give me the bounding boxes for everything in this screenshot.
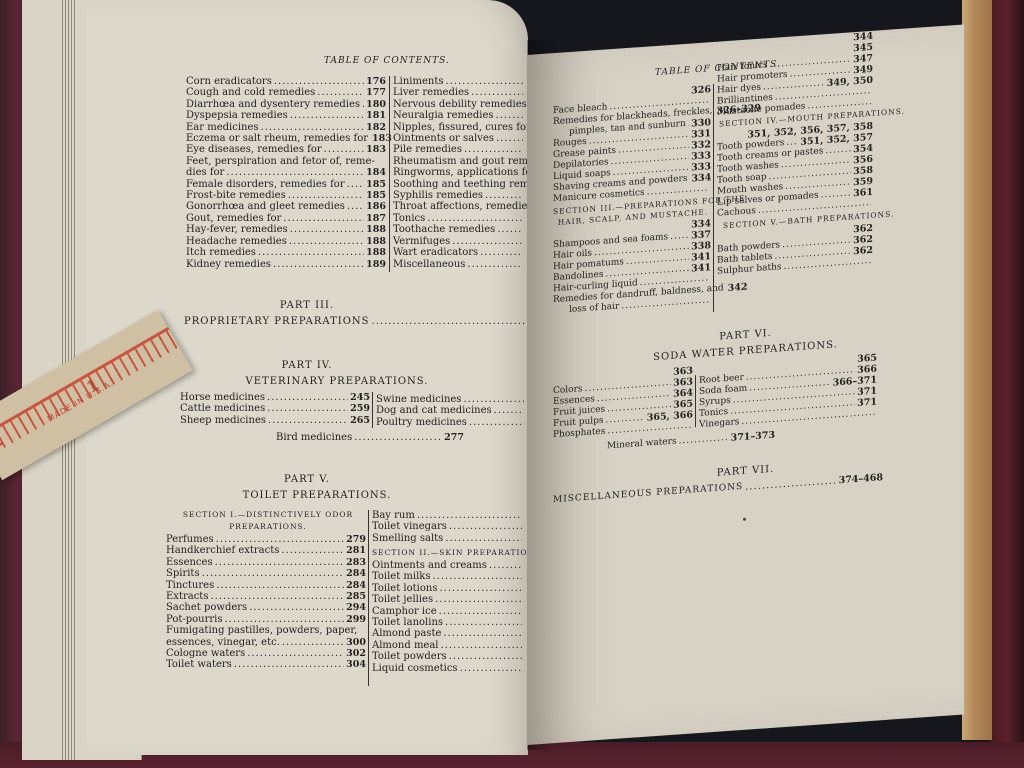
toc-entry[interactable]: Horse medicines245	[180, 392, 370, 403]
toc-entry[interactable]: essences, vinegar, etc.300	[166, 637, 366, 648]
toc-entry[interactable]: Feet, perspiration and fetor of, reme-	[186, 156, 386, 167]
toc-entry-label: Frost-bite remedies	[186, 190, 286, 201]
toc-entry[interactable]: Throat affections, remedies for	[393, 201, 525, 212]
section-ii-label: SECTION II.—SKIN PREPARATIONS.	[372, 548, 528, 557]
toc-entry-label: Toothache remedies	[393, 224, 495, 235]
toc-entry-page: 176	[366, 76, 386, 87]
toc-entry-label: Toilet lanolins	[372, 617, 443, 628]
leader-dots	[480, 247, 523, 258]
toc-column-right-2b: 351, 352, 356, 357, 358Tooth powders351,…	[717, 121, 873, 220]
toc-entry-page: 185	[366, 179, 386, 190]
toc-entry[interactable]: Ringworms, applications for	[393, 167, 525, 178]
toc-entry-label: Ear medicines	[186, 122, 259, 133]
toc-entry-label: Swine medicines	[376, 394, 461, 405]
toc-entry-label: Cachous	[717, 206, 756, 220]
toc-entry-label: Toilet milks	[372, 571, 431, 582]
toc-entry[interactable]: Liquid cosmetics	[372, 663, 524, 674]
toc-entry[interactable]: Handkerchief extracts281	[166, 545, 366, 556]
toc-entry[interactable]: Nipples, fissured, cures for	[393, 122, 525, 133]
toc-entry[interactable]: Bay rum	[372, 510, 524, 521]
toc-entry-label: Bay rum	[372, 510, 415, 521]
part-iv-column-1: Horse medicines245Cattle medicines259She…	[180, 392, 370, 426]
toc-entry-label: Gonorrhœa and gleet remedies	[186, 201, 345, 212]
toc-entry[interactable]: Bird medicines277	[276, 432, 464, 443]
toc-entry-label: Toilet waters	[166, 659, 232, 670]
toc-entry[interactable]: Toilet lotions	[372, 583, 524, 594]
toc-entry-label: Pile remedies	[393, 144, 462, 155]
photo-scene: TABLE OF CONTENTS. Corn eradicators176Co…	[0, 0, 1024, 768]
toc-entry-label: Vermifuges	[393, 236, 450, 247]
toc-entry-label: Essences	[166, 557, 213, 568]
toc-entry-page: 184	[366, 167, 386, 178]
toc-column-left-2: LinimentsLiver remediesNervous debility …	[393, 76, 525, 270]
leader-dots	[283, 213, 364, 224]
toc-entry-label: Liquid cosmetics	[372, 663, 458, 674]
toc-entry-page: 188	[366, 224, 386, 235]
leader-dots	[267, 392, 348, 403]
leader-dots	[786, 137, 798, 149]
toc-entry-page: 284	[346, 568, 366, 579]
toc-column-left-1: Corn eradicators176Cough and cold remedi…	[186, 76, 386, 270]
toc-entry-label: Camphor ice	[372, 606, 437, 617]
toc-entry-label: Fumigating pastilles, powders, paper,	[166, 625, 357, 636]
toc-entry-label: Horse medicines	[180, 392, 265, 403]
leader-dots	[288, 190, 364, 201]
toc-entry-page: 180	[366, 99, 386, 110]
toc-entry[interactable]: Gonorrhœa and gleet remedies186	[186, 201, 386, 212]
leader-dots	[324, 144, 365, 155]
toc-entry-label: Handkerchief extracts	[166, 545, 279, 556]
leader-dots	[225, 614, 345, 625]
toc-entry[interactable]: Swine medicines	[376, 394, 526, 405]
toc-entry[interactable]: Almond meal	[372, 640, 524, 651]
toc-entry-label: Ointments and creams	[372, 560, 487, 571]
gilt-page-edges-right	[962, 0, 992, 740]
toc-entry[interactable]: Wart eradicators	[393, 247, 525, 258]
section-i-label-line2: PREPARATIONS.	[168, 522, 368, 531]
leader-dots	[452, 236, 523, 247]
toc-entry[interactable]: Headache remedies188	[186, 236, 386, 247]
toc-entry-label: Almond meal	[372, 640, 439, 651]
toc-entry-label: Toilet lotions	[372, 583, 437, 594]
part-iv-centered-entry: Bird medicines277	[276, 432, 464, 443]
toc-entry-label: Tonics	[393, 213, 425, 224]
toc-entry-label: Toilet vinegars	[372, 521, 447, 532]
toc-entry-page: 188	[366, 236, 386, 247]
toc-entry-label: Sachet powders	[166, 602, 247, 613]
toc-entry[interactable]: Toilet waters304	[166, 659, 366, 670]
leader-dots	[216, 534, 345, 545]
toc-entry-page: 186	[366, 201, 386, 212]
toc-entry[interactable]: Hay-fever, remedies188	[186, 224, 386, 235]
column-divider	[695, 375, 696, 427]
toc-entry[interactable]: Toilet jellies	[372, 594, 524, 605]
section-i-label-line1: SECTION I.—DISTINCTIVELY ODOR	[168, 510, 368, 519]
toc-entry-page: 294	[346, 602, 366, 613]
running-title-left: TABLE OF CONTENTS.	[324, 56, 450, 66]
toc-entry-page: 281	[346, 545, 366, 556]
toc-entry[interactable]: Pile remedies	[393, 144, 525, 155]
part-v-column-1: Perfumes279Handkerchief extracts281Essen…	[166, 534, 366, 671]
toc-entry-label: Nervous debility remedies	[393, 99, 527, 110]
toc-entry[interactable]: Fumigating pastilles, powders, paper,	[166, 625, 366, 636]
toc-entry-label: Ointments or salves	[393, 133, 494, 144]
leader-dots	[274, 76, 364, 87]
toc-entry[interactable]: Essences283	[166, 557, 366, 568]
toc-entry[interactable]: Liniments	[393, 76, 525, 87]
toc-column-right-1b: 334Shampoos and sea foams337Hair oils338…	[553, 218, 711, 317]
leader-dots	[247, 648, 344, 659]
toc-entry-label: Extracts	[166, 591, 208, 602]
leader-dots	[439, 583, 522, 594]
toc-entry-page: 299	[346, 614, 366, 625]
toc-entry[interactable]: Ointments or salves	[393, 133, 525, 144]
toc-entry[interactable]: Poultry medicines	[376, 417, 526, 428]
toc-entry-label: Spirits	[166, 568, 200, 579]
toc-entry-label: Itch remedies	[186, 247, 256, 258]
toc-entry-label: Feet, perspiration and fetor of, reme-	[186, 156, 375, 167]
toc-entry-label: Dyspepsia remedies	[186, 110, 288, 121]
toc-entry[interactable]: Liver remedies	[393, 87, 525, 98]
leader-dots	[417, 510, 522, 521]
toc-entry-page: 177	[366, 87, 386, 98]
toc-entry[interactable]: Toilet vinegars	[372, 521, 524, 532]
toc-entry[interactable]: Tinctures284	[166, 580, 366, 591]
toc-entry[interactable]: Almond paste	[372, 628, 524, 639]
toc-entry-label: Perfumes	[166, 534, 214, 545]
part-iv-title: VETERINARY PREPARATIONS.	[116, 376, 558, 387]
leader-dots	[433, 571, 523, 582]
toc-entry-page: 181	[366, 110, 386, 121]
leader-dots	[282, 637, 344, 648]
toc-entry[interactable]: dies for184	[186, 167, 386, 178]
leader-dots	[290, 110, 364, 121]
leader-dots	[234, 659, 344, 670]
book-cover-right	[990, 0, 1024, 768]
leader-dots	[317, 87, 364, 98]
toc-entry[interactable]: Toothache remedies	[393, 224, 525, 235]
leader-dots	[463, 394, 524, 405]
leader-dots	[215, 557, 345, 568]
toc-entry-page: 182	[366, 122, 386, 133]
toc-entry-label: Phosphates	[553, 427, 605, 442]
leader-dots	[469, 417, 524, 428]
right-page: TABLE OF CONTENTS. 326Face bleachRemedie…	[527, 24, 964, 745]
column-divider	[713, 84, 714, 312]
toc-entry-label: Cough and cold remedies	[186, 87, 315, 98]
toc-entry-label: Diarrhœa and dysentery remedies	[186, 99, 360, 110]
leader-dots	[449, 521, 522, 532]
toc-entry[interactable]: Syphilis remedies	[393, 190, 525, 201]
toc-entry-label: Nipples, fissured, cures for	[393, 122, 531, 133]
leader-dots	[445, 76, 523, 87]
toc-entry-label: Miscellaneous	[393, 259, 465, 270]
paper-speck	[743, 518, 746, 521]
toc-entry-page: 183	[366, 144, 386, 155]
toc-entry[interactable]: Nervous debility remedies	[393, 99, 525, 110]
leader-dots	[439, 606, 522, 617]
toc-entry-label: essences, vinegar, etc.	[166, 637, 280, 648]
toc-entry-label: Cattle medicines	[180, 403, 265, 414]
toc-entry-page: 259	[350, 403, 370, 414]
part-iii-entry: PROPRIETARY PREPARATIONS	[184, 316, 528, 327]
toc-entry[interactable]: Miscellaneous	[393, 259, 525, 270]
toc-entry-label: Neuralgia remedies	[393, 110, 494, 121]
toc-entry-page: 342	[728, 282, 748, 294]
toc-entry[interactable]: Eye diseases, remedies for183	[186, 144, 386, 155]
toc-entry[interactable]: PROPRIETARY PREPARATIONS	[184, 316, 528, 327]
toc-entry-page: 187	[366, 213, 386, 224]
leader-dots	[496, 133, 523, 144]
leader-dots	[273, 259, 364, 270]
leader-dots	[427, 213, 523, 224]
toc-entry-page: 304	[346, 659, 366, 670]
toc-entry-label: Eye diseases, remedies for	[186, 144, 322, 155]
column-divider	[368, 510, 369, 686]
toc-entry-label: Headache remedies	[186, 236, 287, 247]
toc-entry-page: 302	[346, 648, 366, 659]
leader-dots	[249, 602, 344, 613]
toc-entry[interactable]: Spirits284	[166, 568, 366, 579]
toc-entry[interactable]: Ointments and creams	[372, 560, 524, 571]
toc-entry[interactable]: Cough and cold remedies177	[186, 87, 386, 98]
part-vi-column-2: 365Root beer366Soda foam366–371Syrups371…	[699, 353, 877, 431]
toc-column-right-2: 344345Hair tonics347Hair promoters349Hai…	[717, 31, 873, 119]
toc-entry-page: 185	[366, 190, 386, 201]
column-divider	[372, 392, 373, 428]
toc-entry-label: Gout, remedies for	[186, 213, 281, 224]
toc-entry[interactable]: Extracts285	[166, 591, 366, 602]
toc-entry-page: 285	[346, 591, 366, 602]
leader-dots	[202, 568, 345, 579]
leader-dots	[449, 651, 522, 662]
leader-dots	[443, 628, 522, 639]
toc-entry[interactable]: Frost-bite remedies185	[186, 190, 386, 201]
toc-entry[interactable]: Dog and cat medicines	[376, 405, 526, 416]
toc-entry-label: Wart eradicators	[393, 247, 478, 258]
toc-entry[interactable]: Corn eradicators176	[186, 76, 386, 87]
toc-entry[interactable]: Rheumatism and gout remedies	[393, 156, 525, 167]
leader-dots	[281, 545, 344, 556]
leader-dots	[290, 224, 364, 235]
leader-dots	[347, 179, 365, 190]
part-v-column-2-top: Bay rumToilet vinegarsSmelling salts	[372, 510, 524, 544]
leader-dots	[464, 144, 523, 155]
toc-entry[interactable]: Camphor ice	[372, 606, 524, 617]
part-iv-column-2: Swine medicinesDog and cat medicinesPoul…	[376, 394, 526, 428]
toc-entry[interactable]: Vermifuges	[393, 236, 525, 247]
toc-entry-label: Sheep medicines	[180, 415, 266, 426]
leader-dots	[362, 99, 364, 110]
leader-dots	[216, 580, 344, 591]
toc-entry-label: Liniments	[393, 76, 443, 87]
leader-dots	[489, 560, 522, 571]
part-iii-heading: PART III.	[86, 300, 528, 311]
leader-dots	[226, 167, 364, 178]
toc-entry[interactable]: Pot-pourris299	[166, 614, 366, 625]
toc-entry[interactable]: Sachet powders294	[166, 602, 366, 613]
toc-entry-label: Ringworms, applications for	[393, 167, 536, 178]
toc-column-right-2c: 362Bath powders362Bath tablets362Sulphur…	[717, 223, 873, 278]
toc-entry[interactable]: Cologne waters302	[166, 648, 366, 659]
toc-entry-label: Corn eradicators	[186, 76, 272, 87]
toc-entry-label: Liver remedies	[393, 87, 469, 98]
toc-entry[interactable]: Itch remedies188	[186, 247, 386, 258]
toc-entry-label: Female disorders, remedies for	[186, 179, 345, 190]
part-vi-column-1: 363Colors363Essences364Fruit juices365Fr…	[553, 365, 693, 441]
toc-entry-label: Toilet jellies	[372, 594, 433, 605]
leader-dots	[258, 247, 364, 258]
toc-entry-label: Cologne waters	[166, 648, 245, 659]
leader-dots	[445, 533, 522, 544]
leader-dots	[445, 617, 522, 628]
leader-dots	[347, 201, 364, 212]
toc-entry[interactable]: Kidney remedies189	[186, 259, 386, 270]
toc-entry[interactable]: Gout, remedies for187	[186, 213, 386, 224]
toc-entry-label: Toilet powders	[372, 651, 447, 662]
toc-entry-label: Kidney remedies	[186, 259, 271, 270]
leader-dots	[460, 663, 522, 674]
leader-dots	[289, 236, 364, 247]
column-divider	[389, 76, 390, 272]
toc-entry-label: Poultry medicines	[376, 417, 467, 428]
toc-entry[interactable]: Diarrhœa and dysentery remedies180	[186, 99, 386, 110]
toc-entry[interactable]: Female disorders, remedies for185	[186, 179, 386, 190]
toc-entry-page: 245	[350, 392, 370, 403]
toc-entry[interactable]: Smelling salts	[372, 533, 524, 544]
toc-entry-page: 189	[366, 259, 386, 270]
toc-entry-label: Pot-pourris	[166, 614, 223, 625]
toc-entry-label: Almond paste	[372, 628, 441, 639]
toc-entry[interactable]: Toilet milks	[372, 571, 524, 582]
part-v-column-2-bottom: Ointments and creamsToilet milksToilet l…	[372, 560, 524, 674]
leader-dots	[435, 594, 522, 605]
toc-entry-label: Smelling salts	[372, 533, 443, 544]
toc-entry-label: Syphilis remedies	[393, 190, 483, 201]
toc-entry[interactable]: Ear medicines182	[186, 122, 386, 133]
toc-entry[interactable]: Tonics	[393, 213, 525, 224]
toc-entry[interactable]: Eczema or salt rheum, remedies for183	[186, 133, 386, 144]
leader-dots	[471, 87, 523, 98]
toc-entry-label: Tinctures	[166, 580, 214, 591]
toc-entry-label: Hay-fever, remedies	[186, 224, 288, 235]
toc-entry-page: 283	[346, 557, 366, 568]
part-v-title: TOILET PREPARATIONS.	[96, 490, 538, 501]
leader-dots	[261, 122, 365, 133]
leader-dots	[210, 591, 344, 602]
leader-dots	[485, 190, 523, 201]
leader-dots	[268, 415, 348, 426]
toc-column-right-1: 326Face bleachRemedies for blackheads, f…	[553, 84, 711, 205]
toc-entry[interactable]: Neuralgia remedies	[393, 110, 525, 121]
part-v-heading: PART V.	[86, 474, 528, 485]
toc-entry-label: dies for	[186, 167, 224, 178]
toc-entry[interactable]: Toilet lanolins	[372, 617, 524, 628]
toc-entry[interactable]: Soothing and teething remedies	[393, 179, 525, 190]
toc-entry-page: 188	[366, 247, 386, 258]
toc-entry-label: Dog and cat medicines	[376, 405, 492, 416]
toc-entry[interactable]: Sheep medicines265	[180, 415, 370, 426]
toc-entry-label: Vinegars	[699, 417, 739, 431]
leader-dots	[441, 640, 522, 651]
toc-entry-page: 265	[350, 415, 370, 426]
toc-entry[interactable]: Dyspepsia remedies181	[186, 110, 386, 121]
toc-entry[interactable]: Toilet powders	[372, 651, 524, 662]
toc-entry-page: 279	[346, 534, 366, 545]
toc-entry-page: 284	[346, 580, 366, 591]
leader-dots	[467, 259, 523, 270]
leader-dots	[494, 405, 524, 416]
leader-dots	[688, 119, 689, 130]
leader-dots	[497, 224, 523, 235]
leader-dots	[496, 110, 523, 121]
toc-entry-page: 300	[346, 637, 366, 648]
toc-entry-label: Eczema or salt rheum, remedies for	[186, 133, 368, 144]
toc-entry[interactable]: Cattle medicines259	[180, 403, 370, 414]
toc-entry[interactable]: Perfumes279	[166, 534, 366, 545]
leader-dots	[267, 403, 348, 414]
